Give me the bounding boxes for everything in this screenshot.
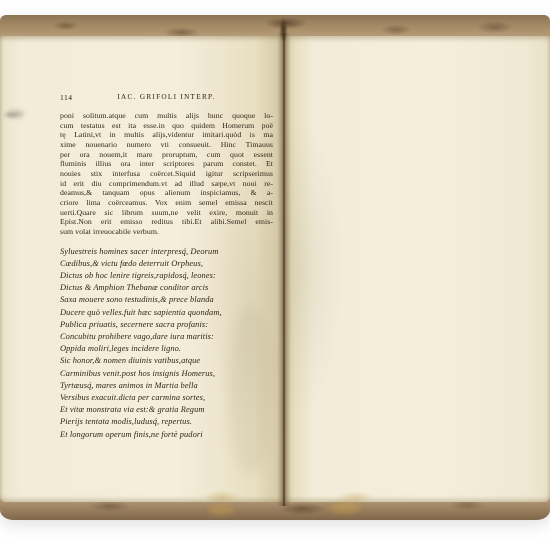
text-line: Cædibus,& victu fœdo deterruit Orpheus, <box>60 258 273 270</box>
text-line: tę Latini,vt in multis alijs,videntur im… <box>60 130 273 140</box>
text-line: fluminis illius ora inter scriptores par… <box>60 159 273 169</box>
text-line: Sic honor,& nomen diuinis vatibus,atque <box>60 355 273 367</box>
right-page: IN ART. POET. HORATII. 115 Sit tibi Musa… <box>284 36 550 502</box>
left-folio-number: 114 <box>60 93 73 102</box>
photo-background: 114 IAC. GRIFOLI INTERP. poni solitum.at… <box>0 0 550 550</box>
left-verse-quotation: Syluestreis homines sacer interpresq́, D… <box>60 246 273 441</box>
book-gutter-shadow <box>277 33 291 506</box>
text-line: Epist.Non erit emisso reditus tibi.Et al… <box>60 217 273 227</box>
text-line: Versibus exacuit.dicta per carmina sorte… <box>60 392 273 404</box>
left-commentary-paragraph: poni solitum.atque cum multis alijs hunc… <box>60 111 273 237</box>
gutter-top-notch <box>279 17 288 43</box>
left-page-text-block: 114 IAC. GRIFOLI INTERP. poni solitum.at… <box>60 93 273 441</box>
text-line: Et longorum operum finis,ne fortè pudori <box>60 429 273 441</box>
text-line: Concubitu prohibere vago,dare iura marit… <box>60 331 273 343</box>
text-line: Publica priuatis, secernere sacra profan… <box>60 319 273 331</box>
text-line: Syluestreis homines sacer interpresq́, D… <box>60 246 273 258</box>
text-line: Pierijs tentata modis,ludusq́, repertus. <box>60 416 273 428</box>
text-line: Et vitæ monstrata via est:& gratia Regum <box>60 404 273 416</box>
text-line: Dictus ob hoc lenire tigreis,rapidosq́, … <box>60 270 273 282</box>
text-line: Ducere quò velles.fuit hæc sapientia quo… <box>60 307 273 319</box>
left-running-title: IAC. GRIFOLI INTERP. <box>117 93 215 101</box>
text-line: uerti.Quare sic librum suum,ne velit exi… <box>60 208 273 218</box>
text-line: sum volat irreuocabile verbum. <box>60 227 273 237</box>
open-book: 114 IAC. GRIFOLI INTERP. poni solitum.at… <box>0 15 550 520</box>
text-line: cum testatus est ita esse.in quo quidem … <box>60 121 273 131</box>
left-page: 114 IAC. GRIFOLI INTERP. poni solitum.at… <box>0 36 284 502</box>
text-line: poni solitum.atque cum multis alijs hunc… <box>60 111 273 121</box>
text-line: per ora nouem,it mare proruptum, cum quo… <box>60 150 273 160</box>
text-line: Carminibus venit.post hos insignis Homer… <box>60 368 273 380</box>
text-line: id erit diu comprimendum.vt ad illud sæp… <box>60 179 273 189</box>
text-line: criore lima coërceamus. Vox enim semel e… <box>60 198 273 208</box>
text-line: Tyrtæusq́, mares animos in Martia bella <box>60 380 273 392</box>
text-line: Oppida moliri,leges incidere ligno. <box>60 343 273 355</box>
text-line: xime nouenario numero vti consueuit. Hin… <box>60 140 273 150</box>
text-line: Saxa mouere sono testudinis,& prece blan… <box>60 294 273 306</box>
text-line: Dictus & Amphion Thebanæ conditor arcis <box>60 282 273 294</box>
text-line: nouies stix interfusa coërcet.Siquid igi… <box>60 169 273 179</box>
text-line: deamus,& tanquam opus alienum inspiciamu… <box>60 188 273 198</box>
left-page-header: 114 IAC. GRIFOLI INTERP. <box>60 93 273 104</box>
